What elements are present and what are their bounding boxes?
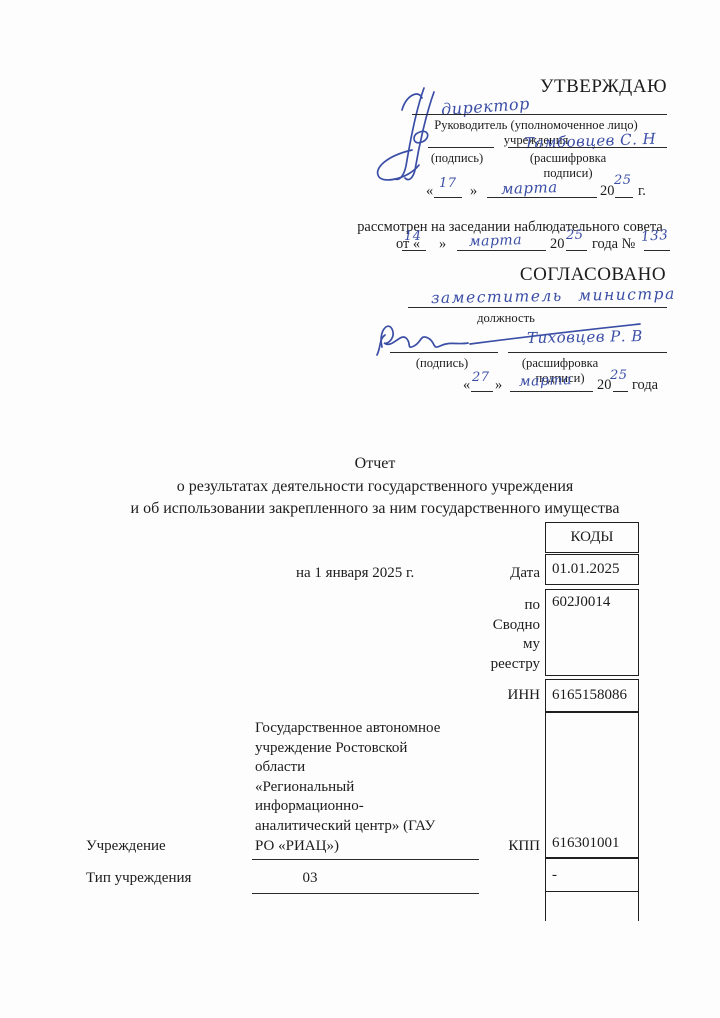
report-title: Отчет о результатах деятельности государ… xyxy=(30,453,720,521)
agree-day-line xyxy=(471,391,493,392)
agree-year-line xyxy=(613,391,628,392)
approve-year-handwritten: 25 xyxy=(614,173,632,188)
codes-date-label: Дата xyxy=(420,565,540,582)
institution-type-value: 03 xyxy=(275,870,345,887)
board-year-line xyxy=(566,250,587,251)
board-number-label: года № xyxy=(592,236,635,253)
board-century: 20 xyxy=(550,236,564,253)
agree-date-close-quote: » xyxy=(495,377,502,394)
board-number-handwritten: 133 xyxy=(640,227,668,245)
codes-registry-cell: 602J0014 xyxy=(545,589,639,676)
approve-date-open-quote: « xyxy=(426,183,433,200)
agree-decode-line xyxy=(508,352,667,353)
institution-name: Государственное автономное учреждение Ро… xyxy=(255,719,490,856)
agree-name-handwritten: Тиховцев Р. В xyxy=(527,327,643,347)
approve-century: 20 xyxy=(600,183,614,200)
agree-date-suffix: года xyxy=(632,377,658,394)
agree-year-handwritten: 25 xyxy=(610,368,628,383)
board-number-line xyxy=(644,250,670,251)
codes-inn-cell: 6165158086 xyxy=(545,679,639,712)
agree-heading: СОГЛАСОВАНО xyxy=(518,264,668,286)
approve-sign-caption: (подпись) xyxy=(424,151,490,166)
codes-registry-label: по Сводно му реестру xyxy=(420,596,540,674)
agree-position-handwritten: заместитель министра xyxy=(431,285,676,307)
board-day-line xyxy=(402,250,426,251)
approve-role-line xyxy=(412,114,667,115)
as-of-date-label: на 1 января 2025 г. xyxy=(296,565,414,582)
codes-empty-cell xyxy=(545,892,639,921)
approve-sign-line xyxy=(428,147,494,148)
approve-decode-caption: (расшифровка подписи) xyxy=(505,151,631,181)
institution-name-underline xyxy=(252,859,479,860)
agree-sign-caption: (подпись) xyxy=(409,356,475,371)
codes-date-cell: 01.01.2025 xyxy=(545,554,639,585)
approve-year-line xyxy=(615,197,633,198)
agree-month-handwritten: марта xyxy=(519,372,573,390)
report-title-line1: Отчет xyxy=(30,453,720,476)
codes-dash-cell: - xyxy=(545,858,639,892)
board-month-line xyxy=(457,250,546,251)
codes-inn-label: ИНН xyxy=(420,687,540,704)
agree-sign-line xyxy=(390,352,498,353)
board-close-quote: » xyxy=(439,236,446,253)
board-month-handwritten: марта xyxy=(469,232,523,250)
codes-kpp-cell: 616301001 xyxy=(545,712,639,858)
approve-decode-line xyxy=(508,147,667,148)
approve-day-handwritten: 17 xyxy=(439,176,457,191)
approve-name-handwritten: Тамбовцев С. Н xyxy=(524,130,657,153)
approve-month-handwritten: марта xyxy=(501,178,558,198)
approve-day-line xyxy=(434,197,462,198)
document-page: УТВЕРЖДАЮ директор Руководитель (уполном… xyxy=(0,0,720,1018)
approve-date-close-quote: » xyxy=(470,183,477,200)
agree-date-open-quote: « xyxy=(463,377,470,394)
codes-header-cell: КОДЫ xyxy=(545,522,639,553)
report-title-line3: и об использовании закрепленного за ним … xyxy=(30,498,720,521)
approve-date-suffix: г. xyxy=(638,183,646,200)
board-year-handwritten: 25 xyxy=(566,228,584,243)
agree-month-line xyxy=(510,391,593,392)
institution-type-label: Тип учреждения xyxy=(86,870,191,887)
agree-day-handwritten: 27 xyxy=(472,370,490,385)
institution-label: Учреждение xyxy=(86,838,166,855)
institution-type-underline xyxy=(252,893,479,894)
board-day-handwritten: 14 xyxy=(404,229,422,244)
agree-position-line xyxy=(408,307,667,308)
report-title-line2: о результатах деятельности государственн… xyxy=(30,476,720,499)
